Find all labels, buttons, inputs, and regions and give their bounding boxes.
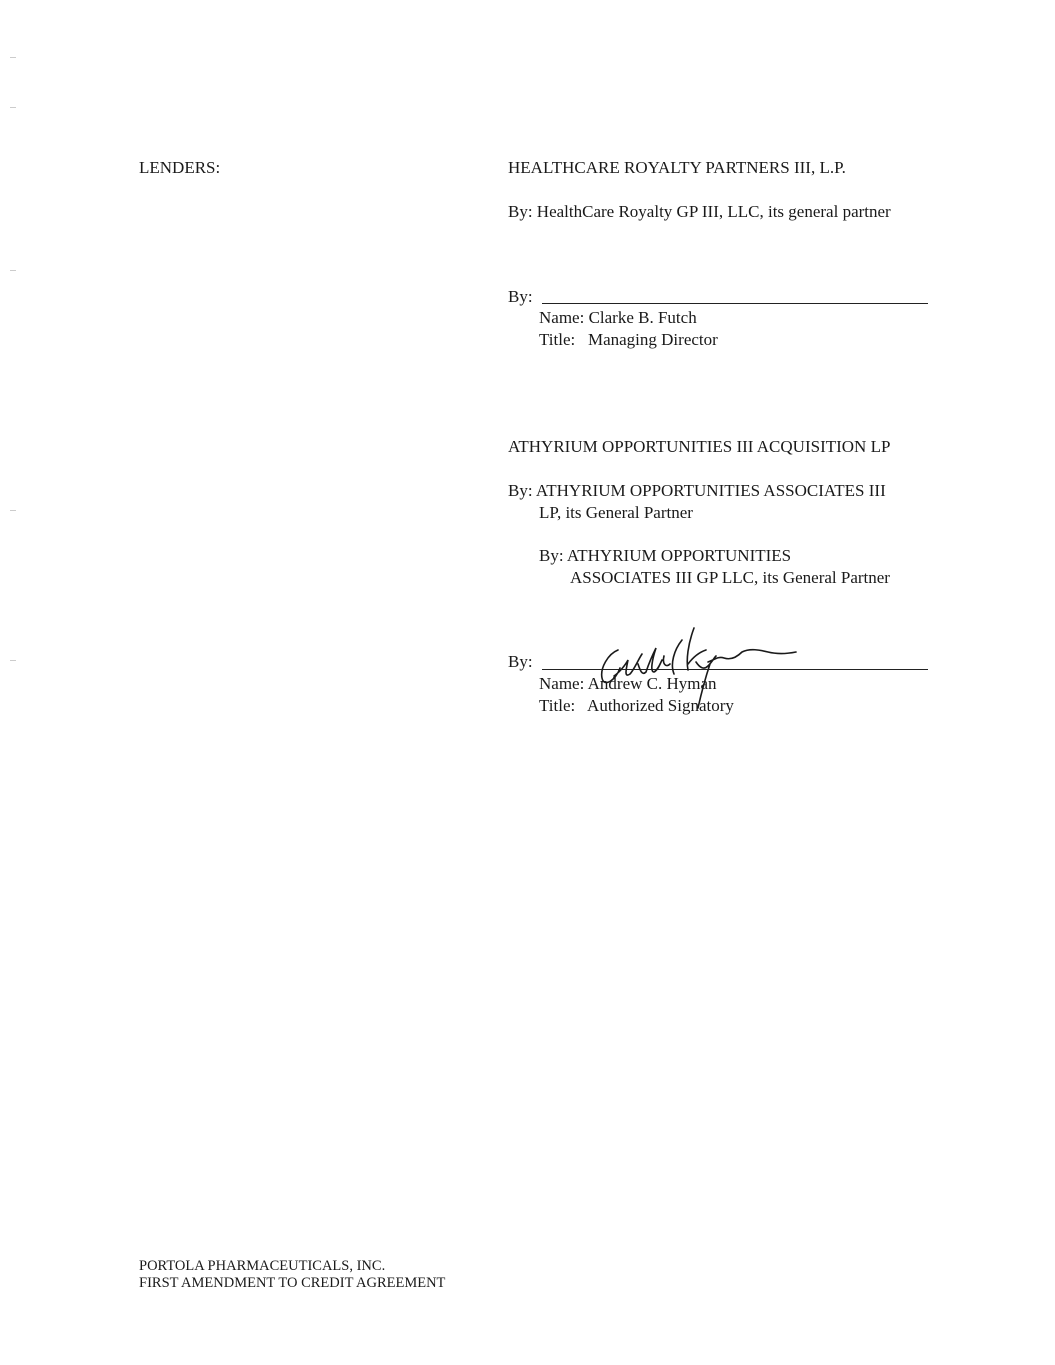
lenders-label: LENDERS:: [139, 158, 220, 178]
scan-artifact: [10, 510, 16, 511]
by-line: By: HealthCare Royalty GP III, LLC, its …: [508, 202, 891, 222]
entity-name: HEALTHCARE ROYALTY PARTNERS III, L.P.: [508, 158, 846, 178]
signature-by-label: By:: [508, 652, 533, 672]
scan-artifact: [10, 270, 16, 271]
footer-company: PORTOLA PHARMACEUTICALS, INC.: [139, 1258, 445, 1275]
signatory-title: Title: Managing Director: [539, 330, 718, 350]
signatory-name: Name: Clarke B. Futch: [539, 308, 697, 328]
scan-artifact: [10, 57, 16, 58]
document-footer: PORTOLA PHARMACEUTICALS, INC. FIRST AMEN…: [139, 1258, 445, 1292]
signatory-name: Name: Andrew C. Hyman: [539, 674, 717, 694]
sub-by-line-2: ASSOCIATES III GP LLC, its General Partn…: [570, 568, 890, 588]
entity-name: ATHYRIUM OPPORTUNITIES III ACQUISITION L…: [508, 437, 890, 457]
scan-artifact: [10, 107, 16, 108]
signatory-title: Title: Authorized Signatory: [539, 696, 734, 716]
signature-line: [542, 303, 928, 304]
signature-by-label: By:: [508, 287, 533, 307]
scan-artifact: [10, 660, 16, 661]
by-line-1: By: ATHYRIUM OPPORTUNITIES ASSOCIATES II…: [508, 481, 886, 501]
by-line-2: LP, its General Partner: [539, 503, 693, 523]
footer-document-title: FIRST AMENDMENT TO CREDIT AGREEMENT: [139, 1275, 445, 1292]
sub-by-line-1: By: ATHYRIUM OPPORTUNITIES: [539, 546, 791, 566]
